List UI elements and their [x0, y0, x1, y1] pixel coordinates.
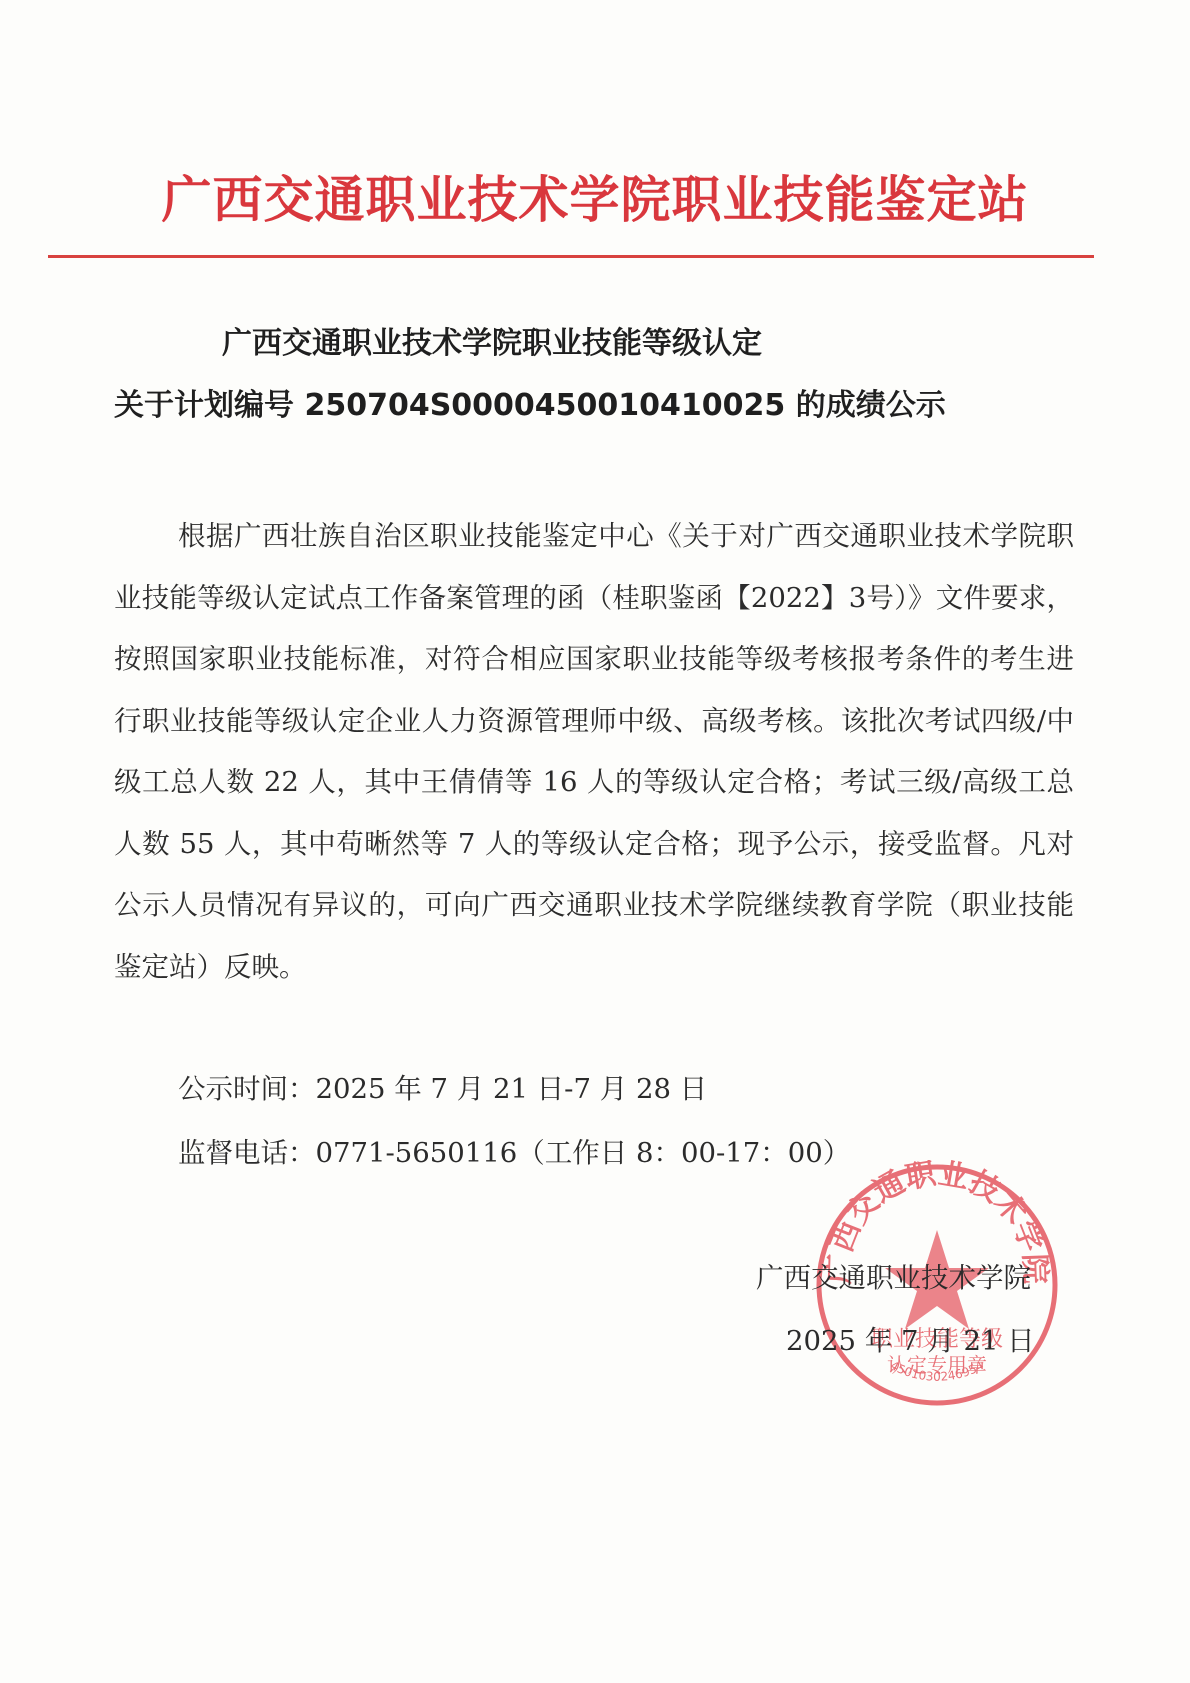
document-body: 根据广西壮族自治区职业技能鉴定中心《关于对广西交通职业技术学院职业技能等级认定试… — [114, 506, 1074, 998]
signature-organization: 广西交通职业技术学院 — [756, 1255, 1031, 1295]
letterhead-title: 广西交通职业技术学院职业技能鉴定站 — [0, 160, 1190, 232]
document-title-line1: 广西交通职业技术学院职业技能等级认定 — [0, 318, 1190, 362]
signature-date: 2025 年 7 月 21 日 — [786, 1318, 1035, 1358]
document-title-line2: 关于计划编号 250704S0000450010410025 的成绩公示 — [0, 380, 1190, 424]
supervision-phone: 监督电话：0771-5650116（工作日 8：00-17：00） — [178, 1130, 850, 1170]
letterhead-divider — [48, 255, 1094, 258]
publicity-period: 公示时间：2025 年 7 月 21 日-7 月 28 日 — [178, 1066, 707, 1106]
